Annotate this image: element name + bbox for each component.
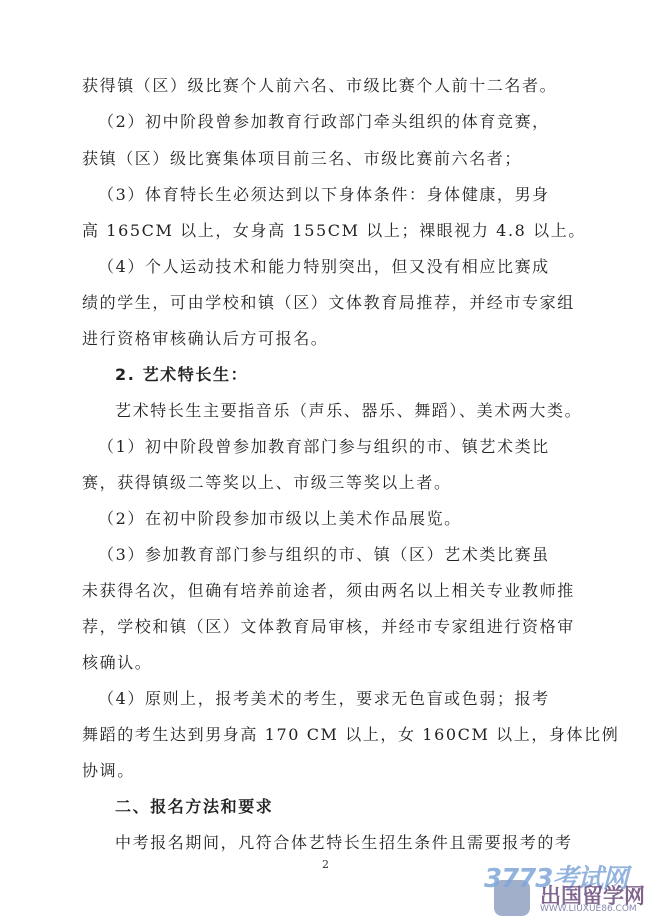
text-line: 高 165CM 以上，女身高 155CM 以上；裸眼视力 4.8 以上。: [82, 221, 586, 241]
page-number: 2: [322, 858, 329, 871]
section-heading: 二、报名方法和要求: [115, 797, 273, 817]
text-line: 荐，学校和镇（区）文体教育局审核，并经市专家组进行资格审: [82, 617, 575, 637]
text-line: （2）在初中阶段参加市级以上美术作品展览。: [98, 509, 462, 529]
text-line: （4）个人运动技术和能力特别突出，但又没有相应比赛成: [98, 257, 550, 277]
text-line: 舞蹈的考生达到男身高 170 CM 以上，女 160CM 以上，身体比例: [82, 725, 619, 745]
text-line: （3）参加教育部门参与组织的市、镇（区）艺术类比赛虽: [98, 545, 550, 565]
text-line: 协调。: [82, 761, 135, 781]
text-line: （2）初中阶段曾参加教育行政部门牵头组织的体育竞赛，: [98, 112, 550, 132]
text-line: 获镇（区）级比赛集体项目前三名、市级比赛前六名者；: [82, 149, 522, 169]
text-line: 绩的学生，可由学校和镇（区）文体教育局推荐，并经市专家组: [82, 293, 575, 313]
text-line: （1）初中阶段曾参加教育部门参与组织的市、镇艺术类比: [98, 437, 550, 457]
text-line: 艺术特长生主要指音乐（声乐、器乐、舞蹈）、美术两大类。: [115, 401, 582, 421]
document-page: 获得镇（区）级比赛个人前六名、市级比赛个人前十二名者。（2）初中阶段曾参加教育行…: [0, 0, 650, 919]
watermark: 3773考试网 出国留学网 WWW.LIUXUE86.COM: [482, 858, 650, 919]
text-line: （3）体育特长生必须达到以下身体条件：身体健康，男身: [98, 185, 550, 205]
section-heading: 2. 艺术特长生：: [115, 365, 248, 385]
watermark-url: WWW.LIUXUE86.COM: [540, 904, 637, 914]
text-line: 获得镇（区）级比赛个人前六名、市级比赛个人前十二名者。: [82, 76, 557, 96]
text-line: 中考报名期间，凡符合体艺特长生招生条件且需要报考的考: [115, 833, 573, 853]
text-line: 未获得名次，但确有培养前途者，须由两名以上相关专业教师推: [82, 581, 575, 601]
text-line: 进行资格审核确认后方可报名。: [82, 329, 328, 349]
text-line: （4）原则上，报考美术的考生，要求无色盲或色弱；报考: [98, 689, 550, 709]
text-line: 赛，获得镇级二等奖以上、市级三等奖以上者。: [82, 473, 452, 493]
text-line: 核确认。: [82, 653, 152, 673]
